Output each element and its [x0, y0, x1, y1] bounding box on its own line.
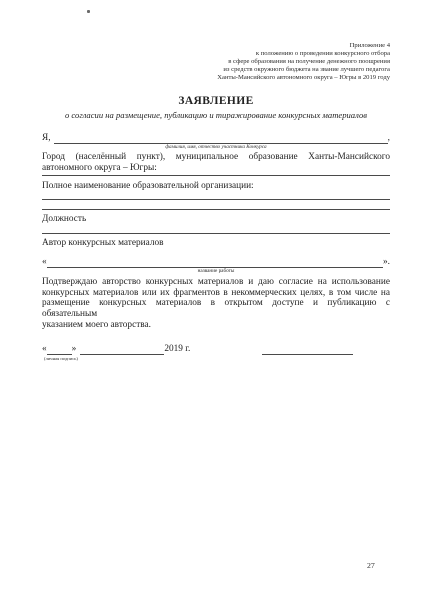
confirmation-line: указанием моего авторства. — [42, 320, 390, 331]
page-number: 27 — [367, 561, 375, 570]
signature-caption: (личная подпись) — [44, 356, 390, 362]
appendix-note-line: в сфере образования на получение денежно… — [42, 58, 390, 66]
city-line: Город (населённый пункт), муниципальное … — [42, 152, 390, 163]
appendix-note-line: из средств окружного бюджета на звание л… — [42, 66, 390, 74]
name-caption: фамилия, имя, отчество участника Конкурс… — [42, 144, 390, 150]
date-close-quote: » — [72, 344, 77, 355]
city-paragraph: Город (населённый пункт), муниципальное … — [42, 152, 390, 173]
blank-fill-line — [42, 173, 390, 176]
date-year: 2019 г. — [164, 344, 190, 355]
confirmation-paragraph: Подтверждаю авторство конкурсных материа… — [42, 277, 390, 330]
date-month-fill-line — [80, 345, 164, 355]
work-title-fill-line — [47, 258, 383, 268]
ya-trailing-comma: , — [388, 133, 390, 144]
appendix-note-line: к положению о проведении конкурсного отб… — [42, 50, 390, 58]
blank-fill-line — [42, 200, 390, 210]
confirmation-line: Подтверждаю авторство конкурсных материа… — [42, 277, 390, 288]
date-signature-line: « » 2019 г. — [42, 344, 390, 355]
organization-label: Полное наименование образовательной орга… — [42, 181, 390, 192]
ya-label: Я, — [42, 133, 51, 144]
signature-fill-line — [262, 345, 353, 355]
appendix-note-line: Приложение 4 — [42, 42, 390, 50]
author-label: Автор конкурсных материалов — [42, 238, 390, 249]
close-quote: ». — [383, 257, 390, 268]
name-fill-line — [54, 134, 388, 144]
appendix-note: Приложение 4 к положению о проведении ко… — [42, 42, 390, 82]
confirmation-line: конкурсных материалов или их фрагментов … — [42, 288, 390, 299]
position-label: Должность — [42, 214, 390, 225]
work-title-line: « ». — [42, 257, 390, 268]
blank-fill-line — [42, 192, 390, 200]
document-content: Приложение 4 к положению о проведении ко… — [42, 0, 390, 362]
scanned-document-page: Приложение 4 к положению о проведении ко… — [0, 0, 427, 599]
city-line: автономного округа – Югры: — [42, 163, 390, 174]
document-title: ЗАЯВЛЕНИЕ — [42, 95, 390, 107]
blank-fill-line — [42, 225, 390, 234]
date-day-fill-line — [47, 345, 72, 355]
work-caption: название работы — [42, 268, 390, 274]
applicant-name-line: Я, , — [42, 133, 390, 144]
confirmation-line: размещение конкурсных материалов в откры… — [42, 298, 390, 319]
appendix-note-line: Ханты-Мансийского автономного округа – Ю… — [42, 74, 390, 82]
document-subtitle: о согласии на размещение, публикацию и т… — [42, 110, 390, 120]
